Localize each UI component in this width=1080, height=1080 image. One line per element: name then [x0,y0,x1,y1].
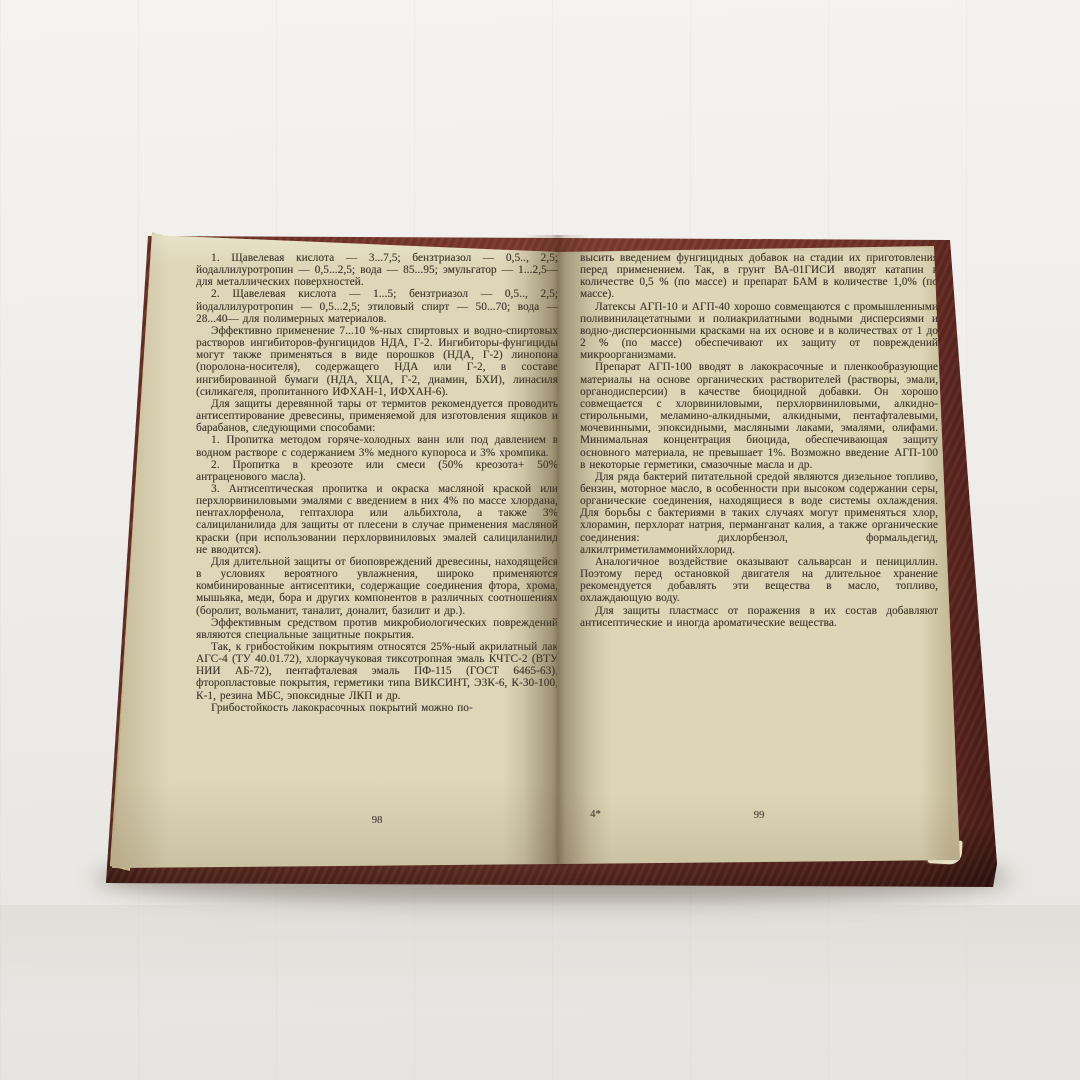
right-page-number: 99 [580,809,938,821]
paragraph: высить введением фунгицидных добавок на … [580,252,938,301]
right-page-text: высить введением фунгицидных добавок на … [580,252,938,629]
paragraph: Препарат АГП-100 вводят в лакокрасочные … [580,361,938,470]
paragraph: 2. Щавелевая кислота — 1...5; бензтриазо… [196,288,558,324]
right-page: высить введением фунгицидных добавок на … [556,239,966,867]
paragraph: Для защиты деревянной тары от термитов р… [196,398,558,434]
paragraph: Для длительной защиты от биоповреждений … [196,556,558,617]
photo-of-open-book: 1. Щавелевая кислота — 3...7,5; бензтриа… [0,0,1080,1080]
paragraph: 2. Пропитка в креозоте или смеси (50% кр… [196,459,558,483]
paragraph: 1. Пропитка методом горяче-холодных ванн… [196,434,558,458]
paragraph: 3. Антисептическая пропитка и окраска ма… [196,483,558,556]
paragraph: 1. Щавелевая кислота — 3...7,5; бензтриа… [196,252,558,288]
open-book: 1. Щавелевая кислота — 3...7,5; бензтриа… [0,0,1080,1080]
left-page: 1. Щавелевая кислота — 3...7,5; бензтриа… [110,233,560,869]
paragraph: Латексы АГП-10 и АГП-40 хорошо совмещают… [580,301,938,362]
left-page-text: 1. Щавелевая кислота — 3...7,5; бензтриа… [196,252,558,714]
paragraph: Эффективно применение 7...10 %-ных спирт… [196,325,558,398]
paragraph: Аналогичное воздействие оказывают сальва… [580,556,938,605]
left-page-number: 98 [196,814,558,826]
paragraph: Эффективным средством против микробиолог… [196,617,558,641]
paragraph: Так, к грибостойким покрытиям относятся … [196,641,558,702]
paragraph: Для защиты пластмасс от поражения в их с… [580,605,938,629]
paragraph: Для ряда бактерий питательной средой явл… [580,471,938,556]
paragraph: Грибостойкость лакокрасочных покрытий мо… [196,702,558,714]
